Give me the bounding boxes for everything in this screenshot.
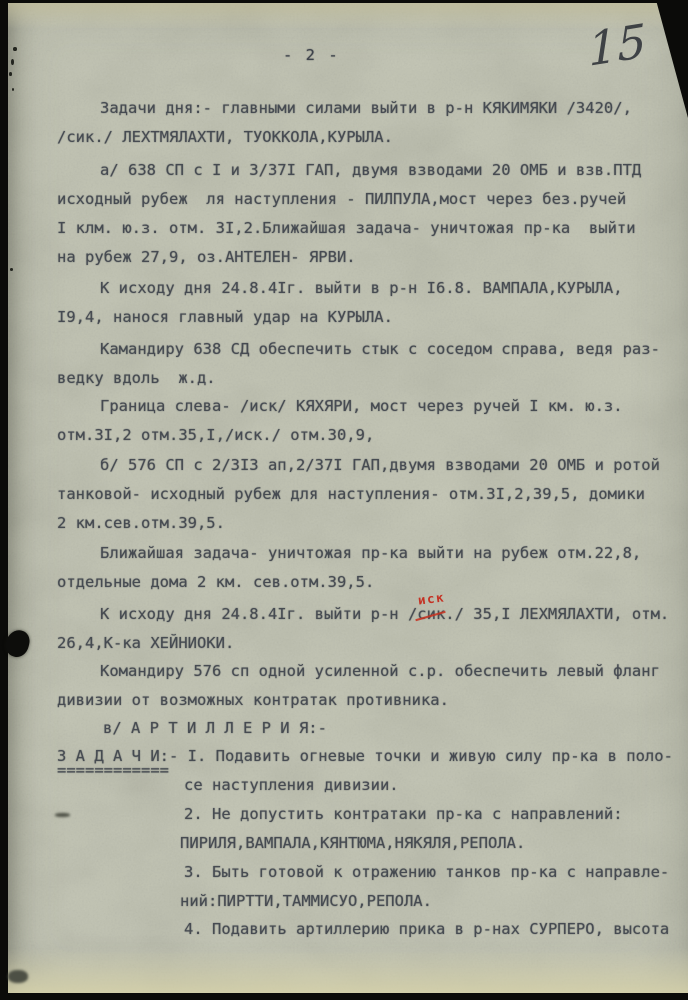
document-line: Граница слева- /иск/ КЯХЯРИ, мост через … — [100, 399, 623, 415]
document-line: Ближайшая задача- уничтожая пр-ка выйти … — [100, 546, 641, 562]
scanned-document-page: - 2 - 15 Задачи дня:- главными силами вы… — [0, 0, 688, 1000]
document-line: К исходу дня 24.8.4Iг. выйти в р-н I6.8.… — [100, 281, 623, 297]
document-line: в/ А Р Т И Л Л Е Р И Я:- — [103, 721, 327, 737]
line-segment: ./ 35,I ЛЕХМЯЛАХТИ, отм. — [445, 605, 669, 623]
document-line: б/ 576 СП с 2/3I3 ап,2/37I ГАП,двумя взв… — [100, 458, 660, 474]
document-line: I клм. ю.з. отм. 3I,2.Ближайшая задача- … — [57, 221, 636, 237]
document-line: /сик./ ЛЕХТМЯЛАХТИ, ТУОККОЛА,КУРЫЛА. — [57, 130, 393, 146]
red-correction-note: иск — [418, 591, 446, 607]
document-line: ведку вдоль ж.д. — [57, 371, 216, 387]
document-line: 3. Быть готовой к отражению танков пр-ка… — [184, 865, 669, 881]
document-line: Камандиру 638 СД обеспечить стык с сосед… — [100, 342, 660, 358]
document-line: дивизии от возможных контратак противник… — [57, 693, 449, 709]
document-line: на рубеж 27,9, оз.АНТЕЛЕН- ЯРВИ. — [57, 250, 356, 266]
document-line: отдельные дома 2 км. сев.отм.39,5. — [57, 575, 374, 591]
document-line: а/ 638 СП с I и 3/37I ГАП, двумя взводам… — [100, 163, 641, 179]
document-line: танковой- исходный рубеж для наступления… — [57, 487, 645, 503]
document-line: ============ — [57, 763, 169, 779]
line-segment: К исходу дня 24.8.4Iг. выйти р-н / — [100, 605, 417, 623]
document-line: 2. Не допустить контратаки пр-ка с напра… — [184, 807, 623, 823]
document-line: 2 км.сев.отм.39,5. — [57, 516, 225, 532]
document-line: се наступления дивизии. — [184, 778, 399, 794]
document-line: К исходу дня 24.8.4Iг. выйти р-н /сикиск… — [100, 607, 669, 623]
document-line: ний:ПИРТТИ,ТАММИСУО,РЕПОЛА. — [180, 894, 432, 910]
document-line: Задачи дня:- главными силами выйти в р-н… — [100, 101, 632, 117]
struck-word: сикиск — [417, 607, 445, 623]
document-line: отм.3I,2 отм.35,I,/иск./ отм.30,9, — [57, 428, 374, 444]
document-line: I9,4, нанося главный удар на КУРЫЛА. — [57, 310, 393, 326]
document-line: 4. Подавить артиллерию прика в р-нах СУР… — [184, 922, 669, 938]
document-line: 26,4,К-ка ХЕЙНИОКИ. — [57, 636, 234, 652]
document-line: исходный рубеж ля наступления - ПИЛПУЛА,… — [57, 192, 626, 208]
document-line: ПИРИЛЯ,ВАМПАЛА,КЯНТЮМА,НЯКЯЛЯ,РЕПОЛА. — [180, 836, 525, 852]
document-line: Командиру 576 сп одной усиленной с.р. об… — [100, 664, 660, 680]
typewritten-text-layer: Задачи дня:- главными силами выйти в р-н… — [0, 0, 688, 1000]
